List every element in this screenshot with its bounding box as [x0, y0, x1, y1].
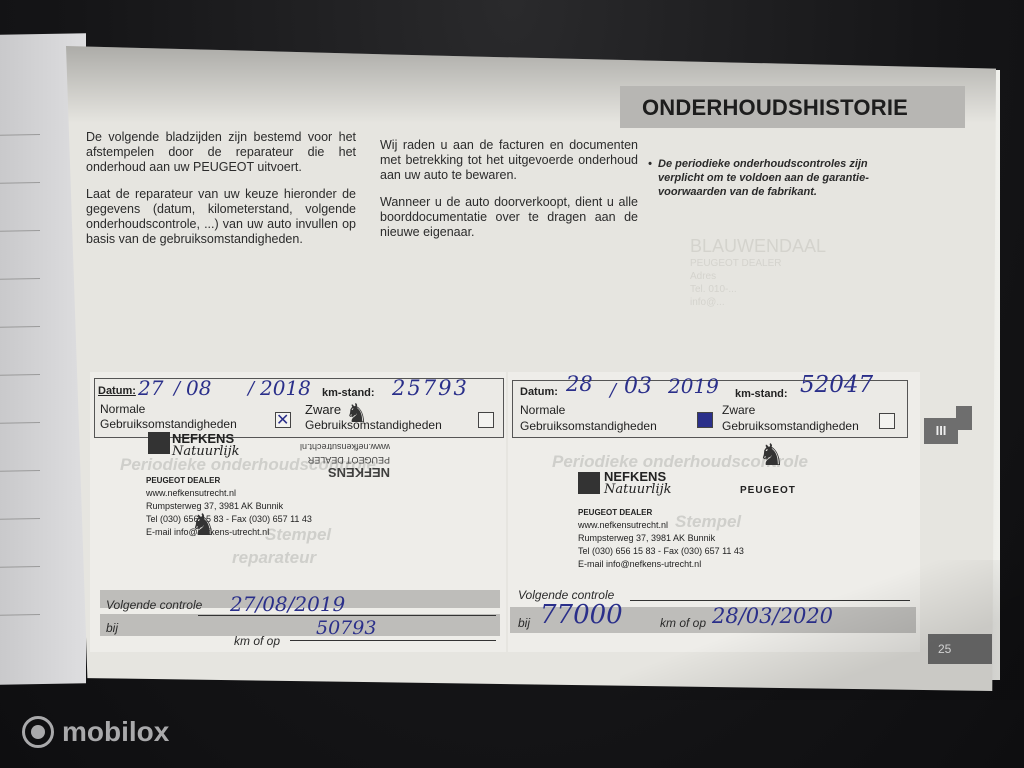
entry-2-date-year: 2019 — [668, 374, 719, 398]
warranty-note-text: De periodieke onderhoudscontroles zijn v… — [658, 158, 869, 198]
stamp-web: www.nefkensutrecht.nl — [300, 440, 390, 453]
stamp-email: E-mail info@nefkens-utrecht.nl — [578, 558, 744, 571]
normale-gebruiks-label: Gebruiksomstandigheden — [100, 417, 237, 431]
entry-1-normale-checkbox[interactable] — [275, 412, 291, 428]
mobilox-watermark: mobilox — [22, 716, 169, 748]
km-stand-label: km-stand: — [735, 388, 788, 400]
bullet-icon: • — [648, 157, 652, 171]
bij-label: bij — [106, 621, 118, 635]
bij-label: bij — [518, 616, 530, 630]
zware-gebruiks-label: Gebruiksomstandigheden — [722, 419, 859, 433]
nefkens-logo-icon — [578, 472, 600, 494]
entry-1-next-km-band — [100, 614, 500, 636]
normale-gebruiks-label: Gebruiksomstandigheden — [520, 419, 657, 433]
stamp-email: E-mail info@nefkens-utrecht.nl — [146, 526, 312, 539]
intro-paragraph: Wij raden u aan de facturen en documente… — [380, 138, 638, 183]
entry-1-zware-checkbox[interactable] — [478, 412, 494, 428]
next-control-label: Volgende controle — [106, 598, 202, 612]
ghost-line: Adres — [690, 270, 826, 283]
intro-column-1: De volgende bladzijden zijn bestemd voor… — [86, 130, 356, 259]
stamp-sub: Natuurlijk — [604, 483, 672, 496]
page-number: 25 — [928, 634, 992, 664]
stamp-dealer: PEUGEOT DEALER — [578, 506, 744, 519]
entry-2-date-month: 03 — [624, 374, 652, 399]
mobilox-wordmark: mobilox — [62, 716, 169, 748]
stamp-web: www.nefkensutrecht.nl — [146, 487, 312, 500]
entry-1-dealer-stamp: NEFKENS Natuurlijk — [172, 432, 240, 458]
stamp-dealer: PEUGEOT DEALER — [300, 453, 390, 466]
peugeot-wordmark: PEUGEOT — [740, 484, 796, 497]
ghost-line: Tel. 010-... — [690, 283, 826, 296]
entry-1-date-day: 27 — [138, 376, 163, 400]
entry-1-stamp-details: PEUGEOT DEALER www.nefkensutrecht.nl Rum… — [146, 474, 312, 539]
date-label: Datum: — [98, 385, 136, 397]
entry-1-next-control-date: 27/08/2019 — [230, 592, 345, 616]
entry-2-stamp-details: PEUGEOT DEALER www.nefkensutrecht.nl Rum… — [578, 506, 744, 571]
entry-1-date-month: 08 — [186, 376, 211, 400]
stamp-address: Rumpsterweg 37, 3981 AK Bunnik — [578, 532, 744, 545]
km-of-op-label: km of op — [234, 634, 280, 648]
stamp-phone: Tel (030) 656 15 83 - Fax (030) 657 11 4… — [578, 545, 744, 558]
entry-1-next-km: 50793 — [316, 617, 376, 639]
normale-label: Normale — [520, 403, 565, 417]
km-of-op-label: km of op — [660, 616, 706, 630]
intro-paragraph: Wanneer u de auto doorverkoopt, dient u … — [380, 195, 638, 240]
section-tab-corner — [956, 406, 972, 430]
nefkens-logo-icon — [148, 432, 170, 454]
ghost-line: info@... — [690, 296, 826, 309]
warranty-note: • De periodieke onderhoudscontroles zijn… — [658, 157, 908, 199]
stamp-dealer: PEUGEOT DEALER — [146, 474, 312, 487]
watermark-reparateur: reparateur — [232, 548, 316, 568]
entry-1-upside-down-stamp: NEFKENS PEUGEOT DEALER www.nefkensutrech… — [300, 440, 390, 479]
entry-1-date-year: 2018 — [260, 376, 311, 400]
ghost-line: PEUGEOT DEALER — [690, 257, 826, 270]
mobilox-logo-icon — [22, 716, 54, 748]
entry-1-km-stand: 25793 — [392, 376, 469, 400]
intro-column-2: Wij raden u aan de facturen en documente… — [380, 138, 638, 252]
peugeot-lion-icon: ♞ — [758, 438, 785, 473]
page-title: ONDERHOUDSHISTORIE — [642, 95, 908, 121]
stamp-address: Rumpsterweg 37, 3981 AK Bunnik — [146, 500, 312, 513]
entry-2-dealer-stamp: NEFKENS Natuurlijk — [604, 470, 672, 496]
stamp-sub: Natuurlijk — [172, 445, 240, 458]
section-tab: III — [924, 418, 958, 444]
date-label: Datum: — [520, 386, 558, 398]
stamp-web: www.nefkensutrecht.nl — [578, 519, 744, 532]
normale-label: Normale — [100, 402, 145, 416]
entry-2-normale-checkbox[interactable] — [697, 412, 713, 428]
intro-paragraph: Laat de reparateur van uw keuze hieronde… — [86, 187, 356, 247]
entry-2-date-day: 28 — [566, 372, 593, 396]
zware-label: Zware — [305, 402, 341, 417]
stamp-phone: Tel (030) 656 15 83 - Fax (030) 657 11 4… — [146, 513, 312, 526]
entry-2-next-km: 77000 — [540, 600, 623, 630]
intro-paragraph: De volgende bladzijden zijn bestemd voor… — [86, 130, 356, 175]
entry-2-zware-checkbox[interactable] — [879, 413, 895, 429]
zware-label: Zware — [722, 403, 755, 417]
ghost-dealer-name: BLAUWENDAAL — [690, 236, 826, 256]
entry-2-next-control-date: 28/03/2020 — [712, 604, 833, 628]
peugeot-lion-icon: ♞ — [190, 508, 217, 543]
stamp-brand: NEFKENS — [300, 466, 390, 479]
entry-2-km-stand: 52047 — [800, 372, 873, 398]
peugeot-lion-icon: ♞ — [345, 398, 368, 429]
bleed-through-stamp: BLAUWENDAAL PEUGEOT DEALER Adres Tel. 01… — [690, 236, 826, 309]
zware-gebruiks-label: Gebruiksomstandigheden — [305, 418, 442, 432]
